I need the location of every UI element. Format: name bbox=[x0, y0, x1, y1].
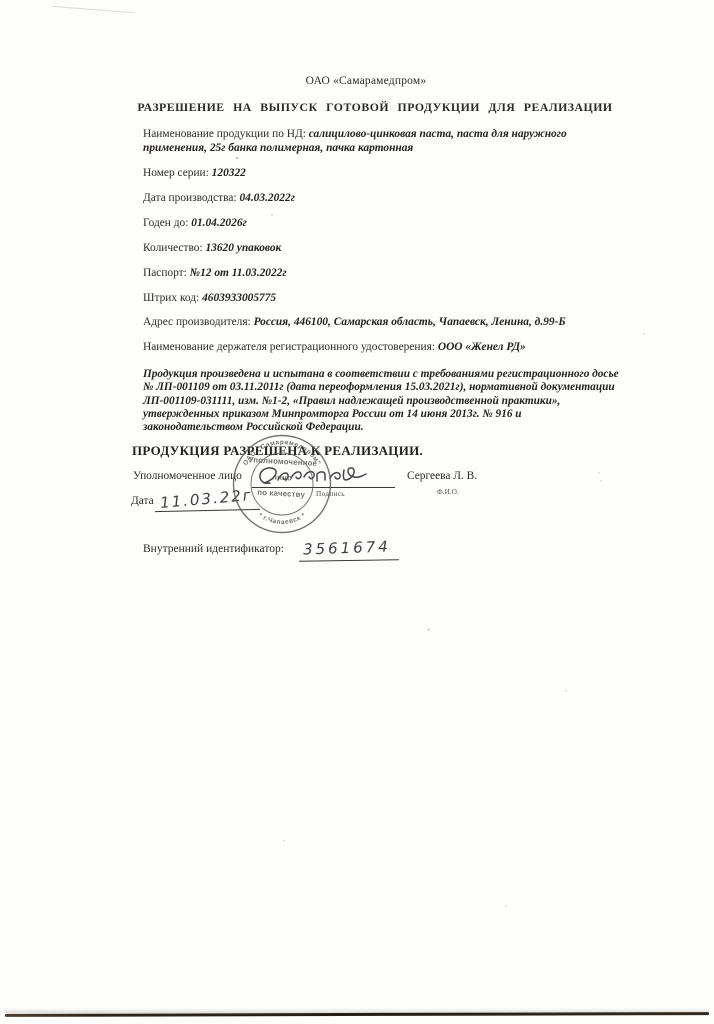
field-label: Паспорт: bbox=[143, 267, 190, 279]
field-value: 04.03.2022г bbox=[239, 192, 294, 204]
field-value: Россия, 446100, Самарская область, Чапае… bbox=[254, 316, 566, 328]
org-name: ОАО «Самарамедпром» bbox=[133, 75, 599, 87]
svg-text:Уполномоченное: Уполномоченное bbox=[248, 455, 317, 468]
svg-text:лицо: лицо bbox=[272, 472, 293, 482]
scan-smudge bbox=[52, 6, 134, 14]
field-row: Дата производства: 04.03.2022г bbox=[143, 192, 648, 206]
field-label: Наименование продукции по НД: bbox=[143, 128, 309, 140]
stamp-center-text: Уполномоченное лицо по качеству bbox=[247, 455, 318, 500]
field-value: 120322 bbox=[212, 167, 246, 179]
scan-speck bbox=[505, 905, 507, 907]
field-row: Наименование держателя регистрационного … bbox=[143, 341, 648, 355]
field-label: Дата производства: bbox=[143, 192, 239, 204]
field-label: Наименование держателя регистрационного … bbox=[143, 341, 438, 353]
handwritten-internal-id: 3561674 bbox=[303, 537, 391, 558]
internal-id-label: Внутренний идентификатор: bbox=[143, 543, 284, 555]
date-label: Дата bbox=[131, 495, 154, 507]
field-row: Наименование продукции по НД: салицилово… bbox=[143, 128, 648, 155]
document-title: РАЗРЕШЕНИЕ НА ВЫПУСК ГОТОВОЙ ПРОДУКЦИИ Д… bbox=[110, 100, 640, 115]
scan-edge bbox=[5, 1012, 709, 1016]
scan-speck bbox=[283, 840, 285, 842]
scan-speck bbox=[598, 472, 600, 474]
scan-speck bbox=[427, 628, 430, 631]
field-label: Штрих код: bbox=[143, 292, 202, 304]
field-value: 13620 упаковок bbox=[205, 242, 281, 254]
internal-id-line bbox=[299, 559, 399, 561]
field-row: Адрес производителя: Россия, 446100, Сам… bbox=[143, 316, 648, 330]
authorized-person-label: Уполномоченное лицо bbox=[133, 470, 242, 482]
name-caption: Ф.И.О. bbox=[437, 487, 459, 496]
field-label: Номер серии: bbox=[143, 167, 212, 179]
scan-speck bbox=[565, 690, 567, 692]
stamp-ring-bottom-text: * г.Чапаевск * bbox=[257, 512, 307, 526]
scanned-document-page: ОАО «Самарамедпром» РАЗРЕШЕНИЕ НА ВЫПУСК… bbox=[0, 0, 714, 1024]
field-value: ООО «Женел РД» bbox=[438, 341, 526, 353]
field-row: Штрих код: 4603933005775 bbox=[143, 292, 648, 306]
compliance-paragraph: Продукция произведена и испытана в соотв… bbox=[143, 368, 648, 434]
field-value: №12 от 11.03.2022г bbox=[190, 267, 287, 279]
round-stamp: ОАО "Самарамедпром" * г.Чапаевск * Уполн… bbox=[228, 432, 338, 538]
field-row: Паспорт: №12 от 11.03.2022г bbox=[143, 267, 648, 281]
scan-speck bbox=[600, 480, 602, 482]
field-row: Количество: 13620 упаковок bbox=[143, 242, 648, 256]
field-value: 4603933005775 bbox=[202, 292, 276, 304]
svg-text:по качеству: по качеству bbox=[257, 488, 306, 500]
field-label: Адрес производителя: bbox=[143, 316, 254, 328]
signatory-name: Сергеева Л. В. bbox=[407, 470, 477, 482]
field-label: Годен до: bbox=[143, 217, 191, 229]
fields-list: Наименование продукции по НД: салицилово… bbox=[143, 128, 648, 366]
field-value: 01.04.2026г bbox=[191, 217, 246, 229]
field-label: Количество: bbox=[143, 242, 205, 254]
field-row: Годен до: 01.04.2026г bbox=[143, 217, 648, 231]
stamp-outer-circle bbox=[234, 436, 331, 533]
field-row: Номер серии: 120322 bbox=[143, 167, 648, 181]
